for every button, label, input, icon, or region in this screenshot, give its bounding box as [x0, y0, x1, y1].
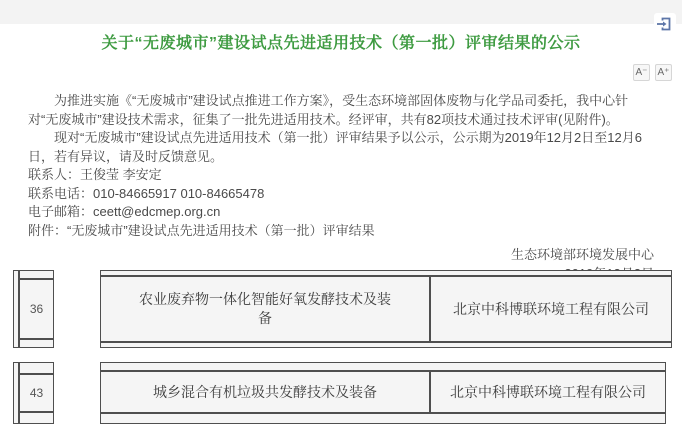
font-increase-button[interactable]: A⁺ [655, 64, 672, 81]
cut-row-sliver [100, 413, 666, 424]
technology-name-text: 农业废弃物一体化智能好氧发酵技术及装备 [139, 290, 391, 328]
announcement-page: 关于“无废城市”建设试点先进适用技术（第一批）评审结果的公示 A⁻ A⁺ 为推进… [0, 0, 682, 424]
cut-row-sliver [19, 362, 54, 374]
technology-name-cell: 城乡混合有机垃圾共发酵技术及装备 [100, 371, 430, 413]
page-title: 关于“无废城市”建设试点先进适用技术（第一批）评审结果的公示 [0, 30, 682, 53]
signature-org: 生态环境部环境发展中心 [28, 245, 654, 264]
contact-person-line: 联系人：王俊莹 李安定 [28, 166, 654, 185]
serial-number-cell: 36 [19, 279, 54, 339]
table-row-fragment-36: 36 农业废弃物一体化智能好氧发酵技术及装备 北京中科博联环境工程有限公司 [13, 270, 672, 348]
paragraph-intro: 为推进实施《“无废城市”建设试点推进工作方案》，受生态环境部固体废物与化学品司委… [28, 92, 654, 129]
paragraph-publicity: 现对“无废城市”建设试点先进适用技术（第一批）评审结果予以公示，公示期为2019… [28, 129, 654, 166]
cut-row-sliver [100, 362, 666, 371]
cut-row-sliver [19, 270, 54, 279]
technology-name-cell: 农业废弃物一体化智能好氧发酵技术及装备 [100, 276, 430, 342]
article-body: 为推进实施《“无废城市”建设试点推进工作方案》，受生态环境部固体废物与化学品司委… [28, 92, 654, 283]
font-size-controls: A⁻ A⁺ [633, 64, 672, 81]
cut-row-sliver [19, 339, 54, 348]
company-name-cell: 北京中科博联环境工程有限公司 [430, 276, 672, 342]
table-row-fragment-43: 43 城乡混合有机垃圾共发酵技术及装备 北京中科博联环境工程有限公司 [13, 362, 666, 424]
technology-name-text: 城乡混合有机垃圾共发酵技术及装备 [153, 383, 377, 402]
cut-row-sliver [100, 342, 672, 348]
attachment-line: 附件：“无废城市”建设试点先进适用技术（第一批）评审结果 [28, 222, 654, 241]
contact-phone-line: 联系电话：010-84665917 010-84665478 [28, 185, 654, 204]
serial-number-cell: 43 [19, 374, 54, 412]
company-name-cell: 北京中科博联环境工程有限公司 [430, 371, 666, 413]
contact-email-line: 电子邮箱：ceett@edcmep.org.cn [28, 203, 654, 222]
cut-row-sliver [19, 412, 54, 424]
font-decrease-button[interactable]: A⁻ [633, 64, 650, 81]
top-strip [0, 0, 682, 24]
